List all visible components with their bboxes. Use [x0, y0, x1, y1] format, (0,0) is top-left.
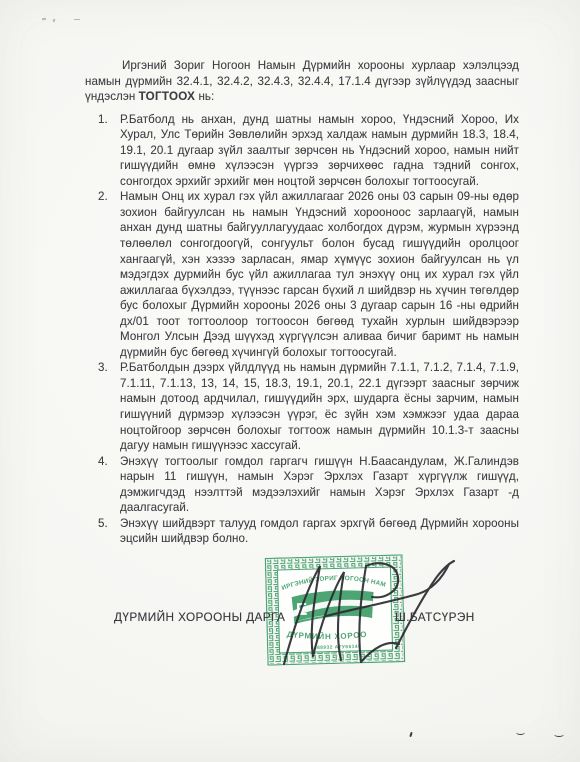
intro-keyword: ТОГТООХ — [139, 90, 196, 103]
intro-paragraph: Иргэний Зориг Ногоон Намын Дүрмийн хороо… — [85, 58, 519, 105]
item-text: Р.Батболдын дээрх үйлдлүүд нь намын дүрм… — [120, 361, 519, 452]
list-item: 4. Энэхүү тогтоолыг гомдол гаргагч гишүү… — [85, 454, 519, 516]
signatory-title: ДҮРМИЙН ХОРООНЫ ДАРГА — [114, 610, 285, 624]
list-item: 2. Намын Онц их хурал гэх үйл ажиллагааг… — [85, 189, 519, 360]
list-item: 1. Р.Батболд нь анхан, дунд шатны намын … — [85, 112, 519, 190]
item-text: Энэхүү тогтоолыг гомдол гаргагч гишүүн Н… — [120, 455, 519, 515]
item-number: 4. — [98, 454, 108, 470]
scan-speck — [516, 730, 525, 735]
item-number: 5. — [98, 516, 108, 532]
list-item: 5. Энэхүү шийдвэрт талууд гомдол гаргах … — [85, 516, 519, 547]
item-text: Энэхүү шийдвэрт талууд гомдол гаргах эрх… — [120, 517, 519, 546]
intro-text-after: нь: — [195, 90, 214, 103]
signature-block: ДҮРМИЙН ХОРООНЫ ДАРГА Ш.БАТСҮРЭН — [0, 610, 580, 630]
signatory-name: Ш.БАТСҮРЭН — [395, 610, 475, 624]
item-text: Намын Онц их хурал гэх үйл ажиллагааг 20… — [120, 190, 519, 358]
scan-artifact — [53, 19, 56, 22]
scanned-resolution-page: Иргэний Зориг Ногоон Намын Дүрмийн хороо… — [0, 0, 580, 762]
list-item: 3. Р.Батболдын дээрх үйлдлүүд нь намын д… — [85, 360, 519, 453]
item-number: 1. — [98, 112, 108, 128]
scan-artifact — [42, 18, 46, 20]
item-number: 3. — [98, 360, 108, 376]
document-body: Иргэний Зориг Ногоон Намын Дүрмийн хороо… — [85, 58, 519, 547]
resolution-list: 1. Р.Батболд нь анхан, дунд шатны намын … — [85, 112, 519, 547]
scan-speck — [409, 732, 412, 737]
scan-artifact — [74, 19, 80, 20]
item-text: Р.Батболд нь анхан, дунд шатны намын хор… — [120, 113, 519, 188]
item-number: 2. — [98, 189, 108, 205]
scan-speck — [554, 732, 564, 737]
